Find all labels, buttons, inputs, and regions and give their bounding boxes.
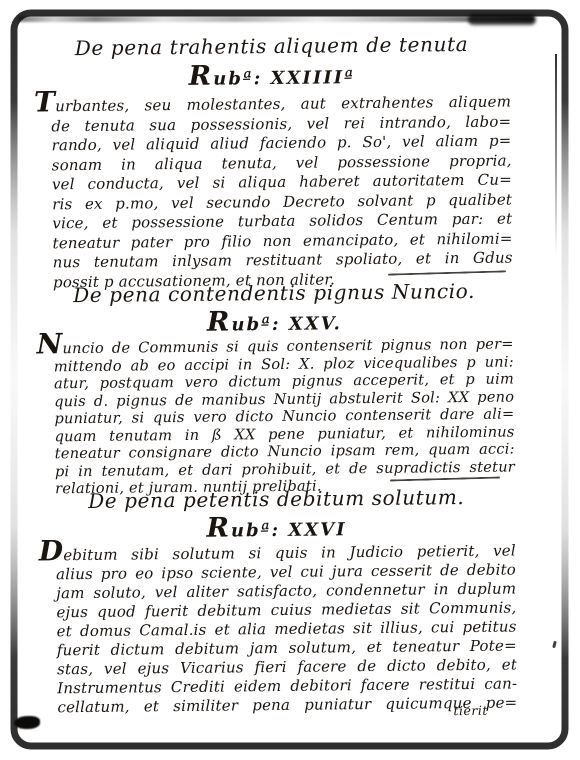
- catchword: tierit: [453, 703, 488, 718]
- manuscript-scan-page: De pena trahentis aliquem de tenuta Rubª…: [0, 0, 580, 760]
- right-page-edge-line: [555, 54, 557, 254]
- paragraph-rub25: Nuncio de Communis si quis contenserit p…: [36, 330, 516, 497]
- manuscript-text-block: De pena trahentis aliquem de tenuta Rubª…: [32, 0, 518, 760]
- manuscript-line: cellatum, et similiter pena puniatur qui…: [57, 693, 517, 717]
- section-title-rub24: De pena trahentis aliquem de tenuta: [32, 32, 510, 61]
- section-title-rub26: De pena petentis debitum solutum.: [37, 484, 515, 513]
- paragraph-rub24: Turbantes, seu molestantes, aut extrahen…: [33, 88, 513, 293]
- bottom-left-ink-blot: [14, 716, 40, 729]
- paragraph-rub26: Debitum sibi solutum si quis in Judicio …: [38, 536, 518, 717]
- section-title-rub25: De pena contendentis pignus Nuncio.: [35, 279, 513, 308]
